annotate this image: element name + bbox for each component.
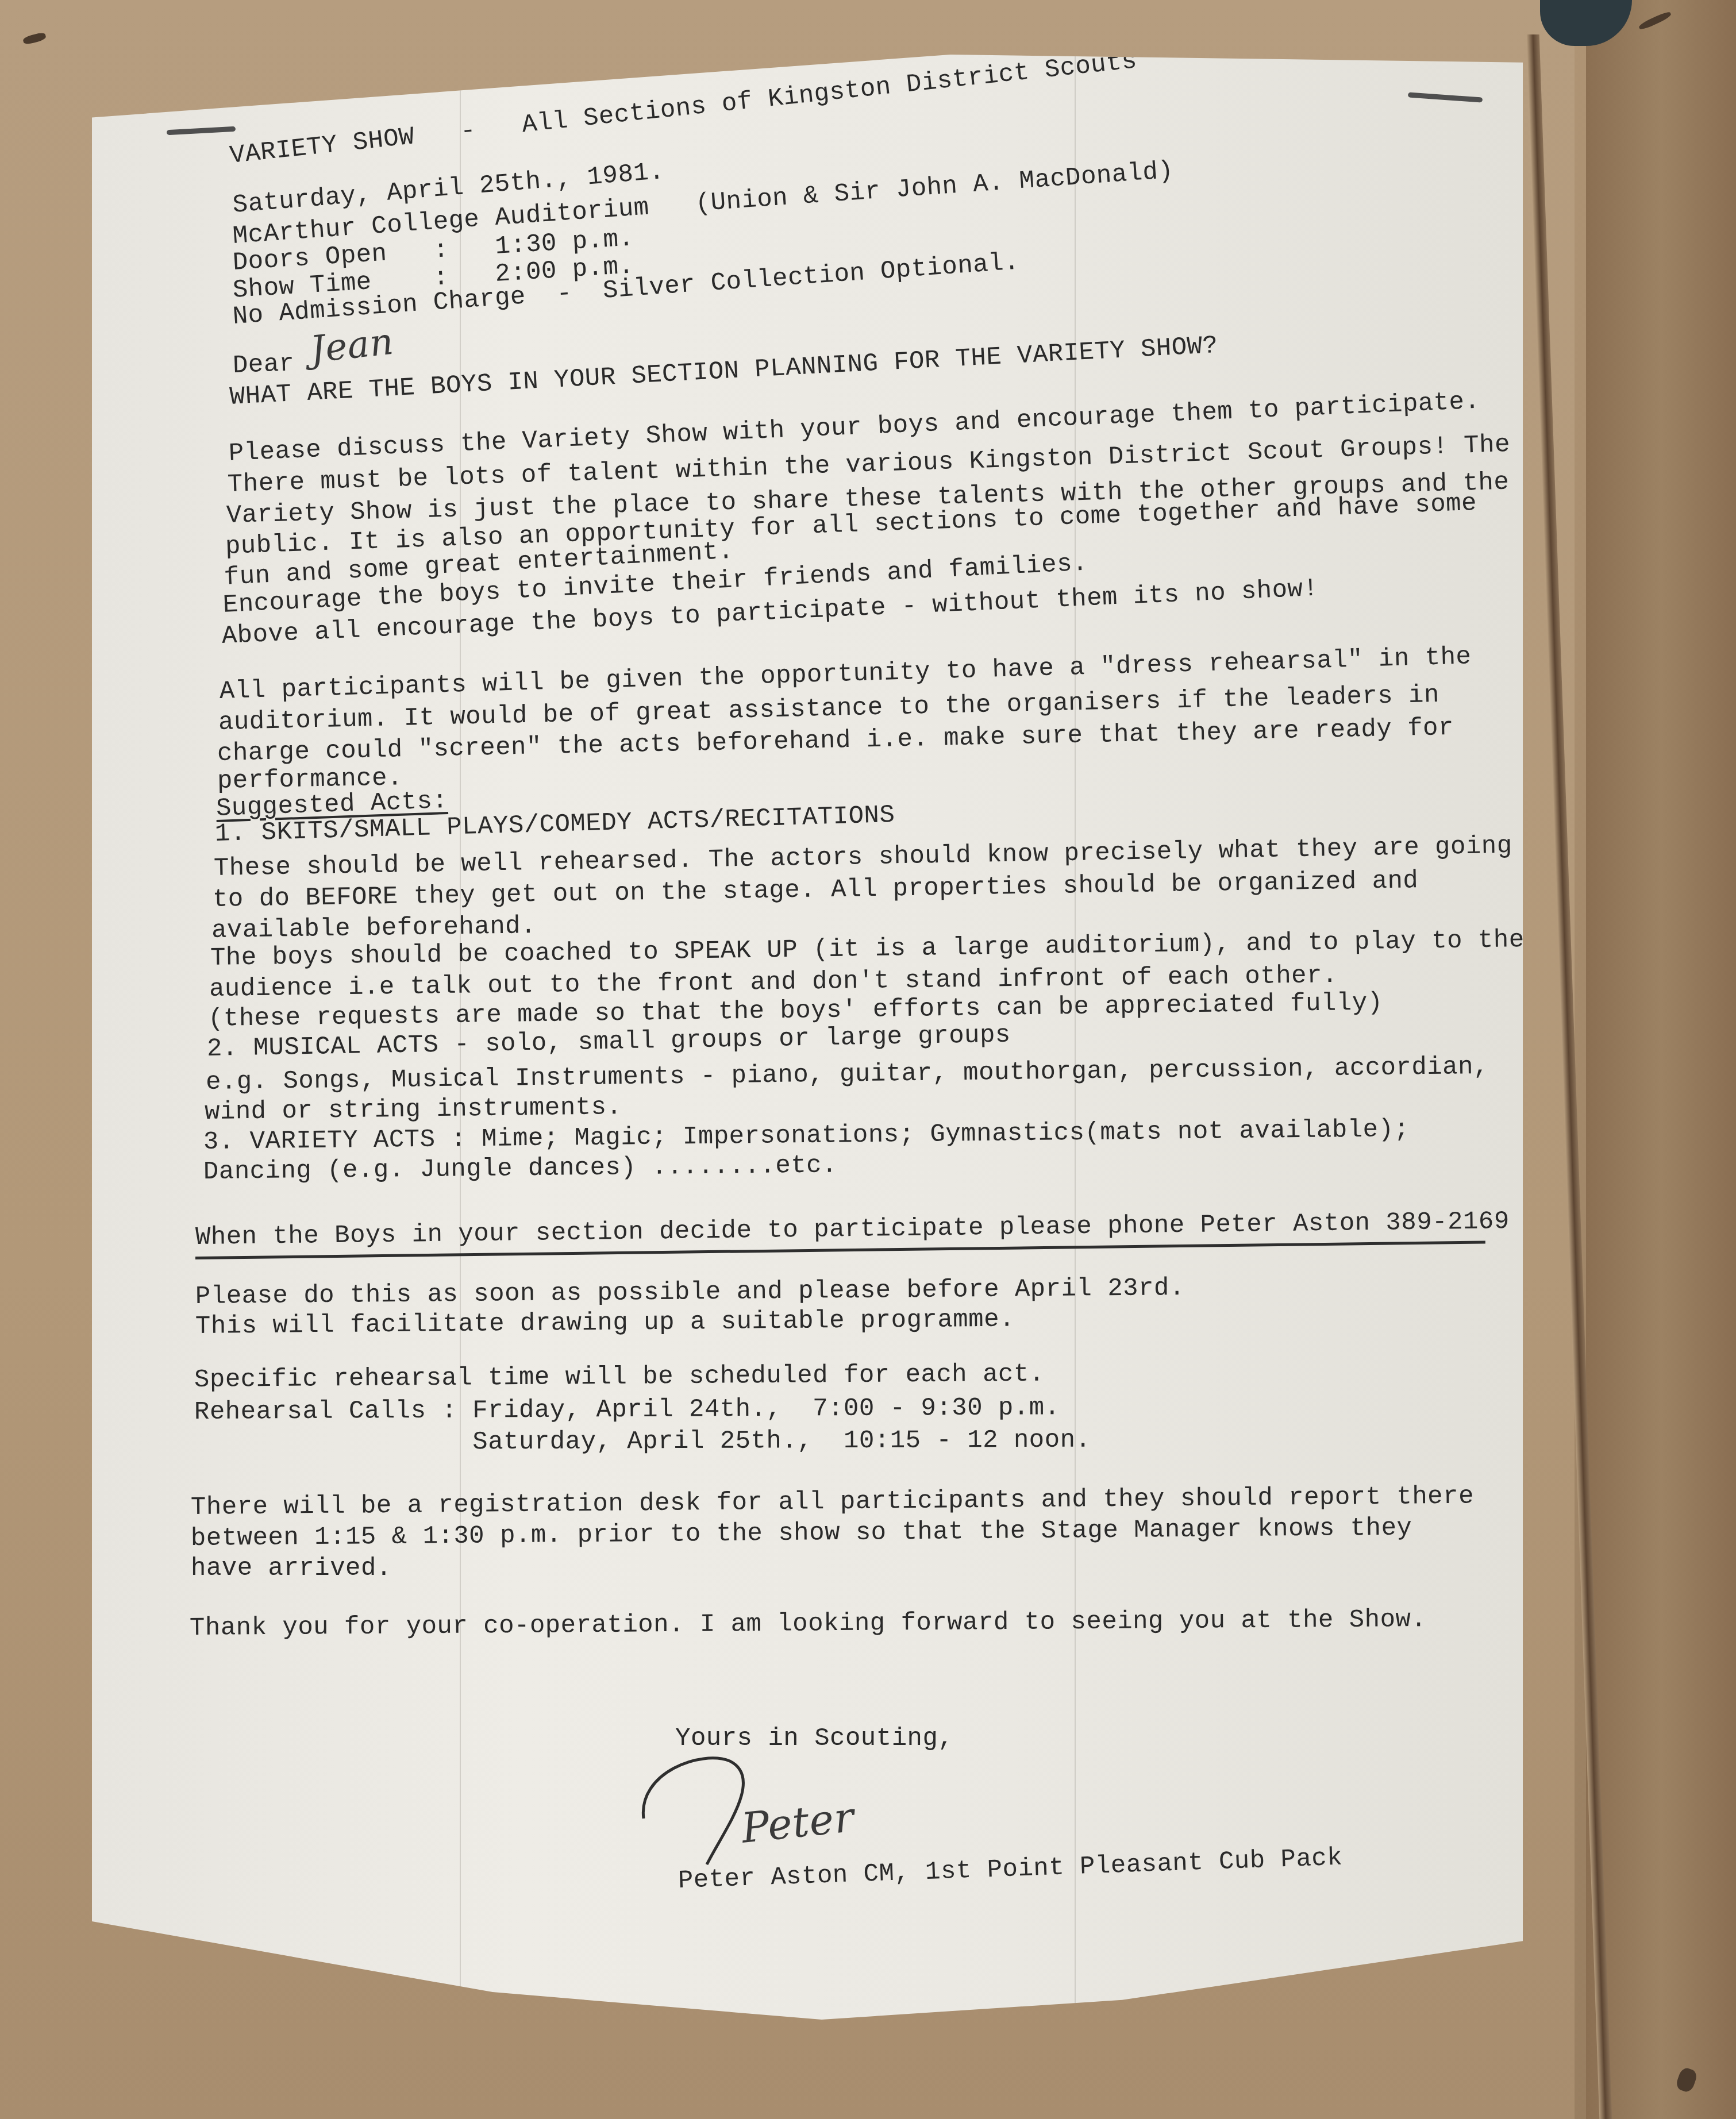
handwritten-signature: Peter bbox=[740, 1801, 856, 1844]
deadline-line: This will facilitate drawing up a suitab… bbox=[195, 1304, 1015, 1342]
binder-facing-page bbox=[1586, 0, 1736, 2119]
rehearsal-line: Rehearsal Calls : Friday, April 24th., 7… bbox=[194, 1392, 1060, 1428]
registration-line: have arrived. bbox=[191, 1553, 392, 1584]
closing-line: Thank you for your co-operation. I am lo… bbox=[190, 1604, 1427, 1644]
contact-phone-line: When the Boys in your section decide to … bbox=[195, 1206, 1510, 1253]
letter-sheet: VARIETY SHOW - All Sections of Kingston … bbox=[92, 55, 1523, 2020]
rehearsal-line: Specific rehearsal time will be schedule… bbox=[194, 1359, 1045, 1396]
act-line: Dancing (e.g. Jungle dances) ........etc… bbox=[203, 1150, 838, 1188]
letter-body: VARIETY SHOW - All Sections of Kingston … bbox=[92, 55, 1523, 2020]
handwritten-recipient: Jean bbox=[309, 326, 395, 366]
rehearsal-line: Saturday, April 25th., 10:15 - 12 noon. bbox=[194, 1425, 1091, 1459]
salutation-dear: Dear bbox=[232, 348, 295, 382]
